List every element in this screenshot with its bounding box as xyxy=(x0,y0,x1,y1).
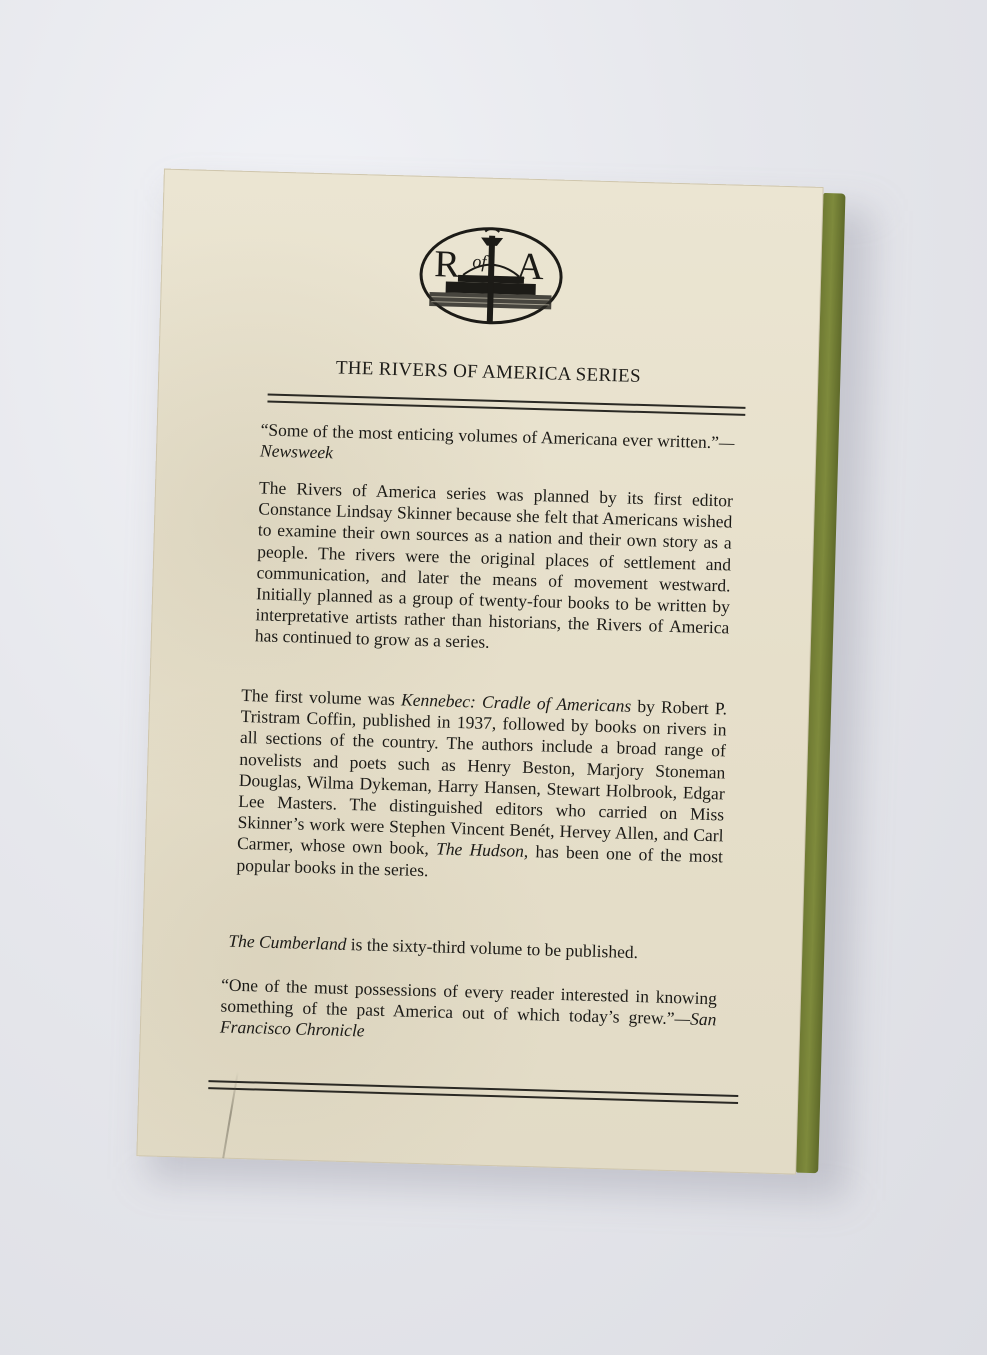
series-title: THE RIVERS OF AMERICA SERIES xyxy=(158,352,818,392)
logo-letter-r: R xyxy=(434,243,461,286)
series-history: The first volume was Kennebec: Cradle of… xyxy=(236,685,727,889)
history-middle: by Robert P. Tristram Coffin, published … xyxy=(237,696,728,859)
book-title-hudson: The Hudson xyxy=(436,839,524,861)
logo-letter-a: A xyxy=(516,245,545,288)
history-lead: The first volume was xyxy=(241,685,401,709)
logo-letters-of: of xyxy=(472,251,490,271)
series-description: The Rivers of America series was planned… xyxy=(255,477,734,660)
quote-newsweek: “Some of the most enticing volumes of Am… xyxy=(260,419,735,475)
book-title-cumberland: The Cumberland xyxy=(228,931,347,954)
book-back-cover: R of A THE RIVERS OF AMERICA SERIES “Som… xyxy=(136,169,853,1176)
volume-note-text: is the sixty-third volume to be publishe… xyxy=(346,934,638,962)
quote-chronicle: “One of the must possessions of every re… xyxy=(220,974,718,1051)
fountain-emblem-icon: R of A xyxy=(417,224,566,328)
double-rule-top xyxy=(267,394,745,416)
volume-note: The Cumberland is the sixty-third volume… xyxy=(228,931,718,966)
dust-jacket: R of A THE RIVERS OF AMERICA SERIES “Som… xyxy=(136,169,823,1175)
double-rule-bottom xyxy=(208,1080,738,1104)
